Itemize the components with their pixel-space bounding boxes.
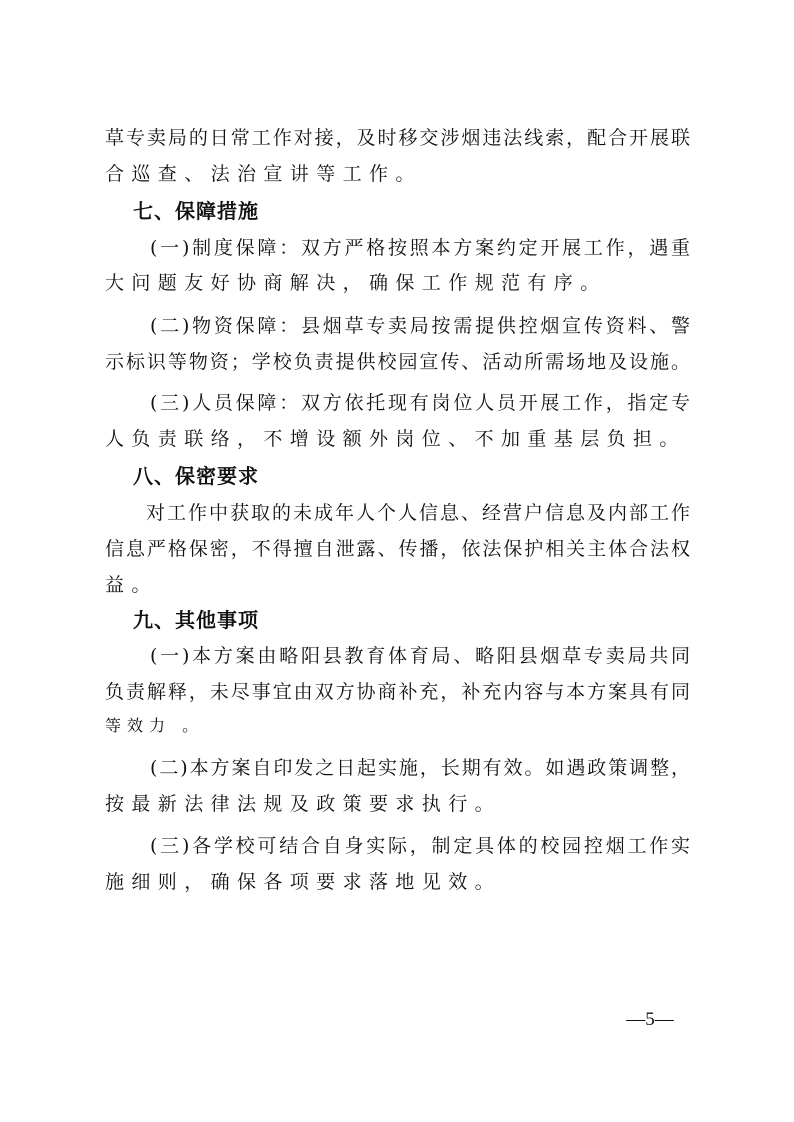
paragraph-line: 施细则，确保各项要求落地见效。 (105, 867, 695, 897)
paragraph-line: (二)物资保障：县烟草专卖局按需提供控烟宣传资料、警 (150, 311, 690, 341)
paragraph-line: 草专卖局的日常工作对接，及时移交涉烟违法线索，配合开展联 (105, 123, 690, 153)
paragraph-line: (二)本方案自印发之日起实施，长期有效。如遇政策调整， (150, 753, 690, 783)
paragraph-line: 按最新法律法规及政策要求执行。 (105, 789, 695, 819)
paragraph-line: 示标识等物资；学校负责提供校园宣传、活动所需场地及设施。 (105, 347, 690, 377)
paragraph-line: (三)各学校可结合自身实际，制定具体的校园控烟工作实 (150, 831, 690, 861)
paragraph-line: 等效力 。 (105, 711, 695, 741)
paragraph-line: 合巡查、法治宣讲等工作。 (105, 159, 695, 189)
document-page: 草专卖局的日常工作对接，及时移交涉烟违法线索，配合开展联合巡查、法治宣讲等工作。… (0, 0, 794, 1122)
paragraph-line: 对工作中获取的未成年人个人信息、经营户信息及内部工作 (146, 498, 690, 528)
paragraph-line: 人负责联络，不增设额外岗位、不加重基层负担。 (105, 424, 695, 454)
paragraph-line: 大问题友好协商解决，确保工作规范有序。 (105, 268, 695, 298)
paragraph-line: 负责解释，未尽事宜由双方协商补充，补充内容与本方案具有同 (105, 677, 690, 707)
paragraph-line: (一)制度保障：双方严格按照本方案约定开展工作，遇重 (150, 233, 690, 263)
section-heading: 九、其他事项 (133, 605, 723, 635)
paragraph-line: (三)人员保障：双方依托现有岗位人员开展工作，指定专 (150, 388, 690, 418)
section-heading: 七、保障措施 (133, 196, 723, 226)
section-heading: 八、保密要求 (133, 461, 723, 491)
paragraph-line: 信息严格保密，不得擅自泄露、传播，依法保护相关主体合法权 (105, 534, 690, 564)
paragraph-line: (一)本方案由略阳县教育体育局、略阳县烟草专卖局共同 (150, 641, 690, 671)
page-number: —5— (620, 1005, 680, 1035)
paragraph-line: 益。 (105, 570, 695, 600)
